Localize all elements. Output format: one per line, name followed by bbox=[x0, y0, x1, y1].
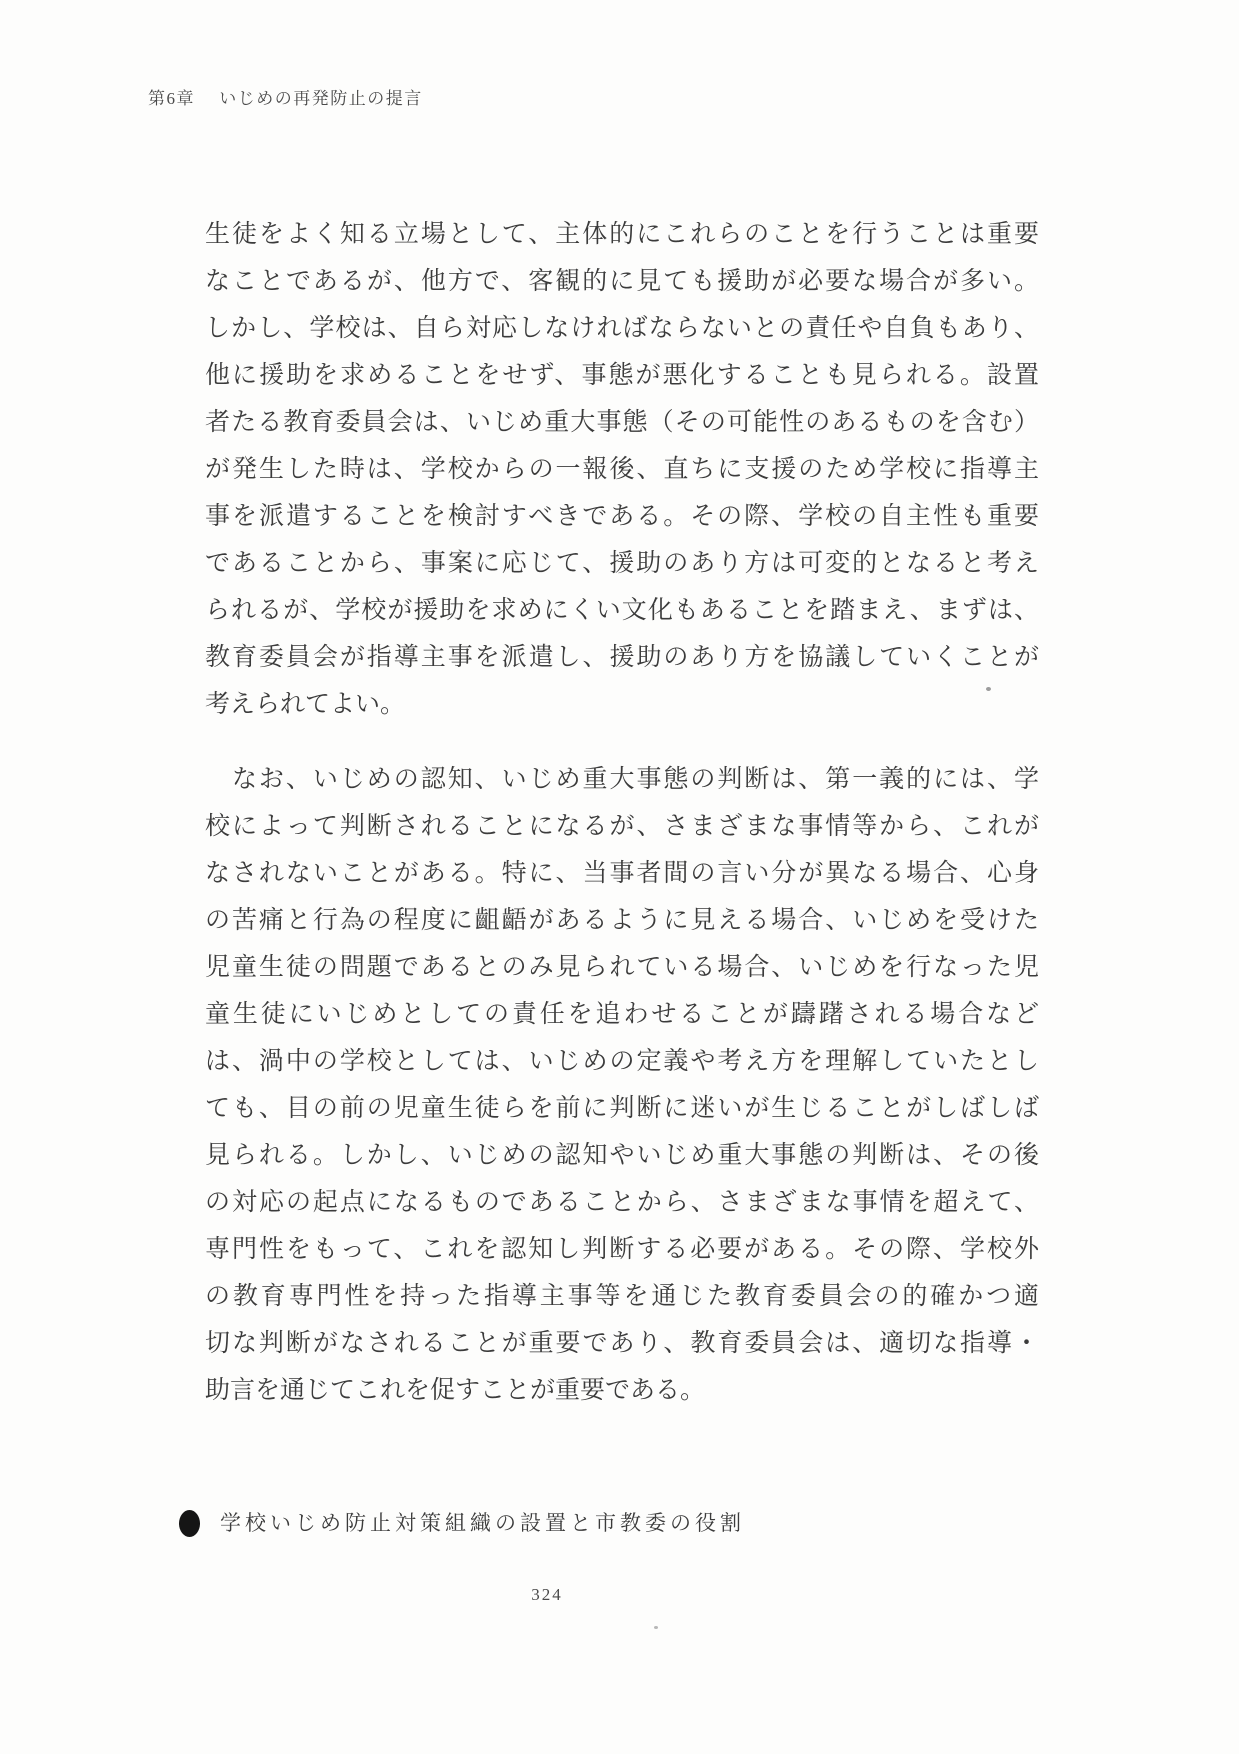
text-line: られるが、学校が援助を求めにくい文化もあることを踏まえ、まずは、 bbox=[205, 587, 1039, 634]
text-line: 見られる。しかし、いじめの認知やいじめ重大事態の判断は、その後 bbox=[205, 1132, 1039, 1179]
text-line: の対応の起点になるものであることから、さまざまな事情を超えて、 bbox=[205, 1179, 1039, 1226]
scan-artifact-dot bbox=[986, 687, 991, 691]
text-line: が発生した時は、学校からの一報後、直ちに支援のため学校に指導主 bbox=[205, 446, 1039, 493]
text-line: 考えられてよい。 bbox=[205, 681, 1039, 728]
text-line: の教育専門性を持った指導主事等を通じた教育委員会の的確かつ適 bbox=[205, 1273, 1039, 1320]
text-line: なお、いじめの認知、いじめ重大事態の判断は、第一義的には、学 bbox=[205, 756, 1039, 803]
text-line: 教育委員会が指導主事を派遣し、援助のあり方を協議していくことが bbox=[205, 634, 1039, 681]
body-content: 生徒をよく知る立場として、主体的にこれらのことを行うことは重要 なことであるが、… bbox=[205, 211, 1039, 1414]
text-line: は、渦中の学校としては、いじめの定義や考え方を理解していたとし bbox=[205, 1038, 1039, 1085]
text-line: 助言を通じてこれを促すことが重要である。 bbox=[205, 1367, 1039, 1414]
text-line: の苦痛と行為の程度に齟齬があるように見える場合、いじめを受けた bbox=[205, 897, 1039, 944]
chapter-header: 第6章 いじめの再発防止の提言 bbox=[148, 84, 423, 109]
scan-artifact-dot bbox=[654, 1626, 658, 1629]
text-line: 児童生徒の問題であるとのみ見られている場合、いじめを行なった児 bbox=[205, 944, 1039, 991]
text-line: 童生徒にいじめとしての責任を追わせることが躊躇される場合など bbox=[205, 991, 1039, 1038]
bullet-heading-label: 学校いじめ防止対策組織の設置と市教委の役割 bbox=[220, 1506, 745, 1540]
text-line: なされないことがある。特に、当事者間の言い分が異なる場合、心身 bbox=[205, 850, 1039, 897]
text-line: 他に援助を求めることをせず、事態が悪化することも見られる。設置 bbox=[205, 352, 1039, 399]
text-line: 事を派遣することを検討すべきである。その際、学校の自主性も重要 bbox=[205, 493, 1039, 540]
text-line: 切な判断がなされることが重要であり、教育委員会は、適切な指導・ bbox=[205, 1320, 1039, 1367]
text-line: 専門性をもって、これを認知し判断する必要がある。その際、学校外 bbox=[205, 1226, 1039, 1273]
paragraph-1: 生徒をよく知る立場として、主体的にこれらのことを行うことは重要 なことであるが、… bbox=[205, 211, 1039, 728]
page-number: 324 bbox=[502, 1585, 592, 1605]
text-line: しかし、学校は、自ら対応しなければならないとの責任や自負もあり、 bbox=[205, 305, 1039, 352]
text-line: 校によって判断されることになるが、さまざまな事情等から、これが bbox=[205, 803, 1039, 850]
bullet-icon bbox=[179, 1510, 200, 1537]
bullet-heading: 学校いじめ防止対策組織の設置と市教委の役割 bbox=[179, 1506, 745, 1540]
text-line: なことであるが、他方で、客観的に見ても援助が必要な場合が多い。 bbox=[205, 258, 1039, 305]
text-line: ても、目の前の児童生徒らを前に判断に迷いが生じることがしばしば bbox=[205, 1085, 1039, 1132]
paragraph-2: なお、いじめの認知、いじめ重大事態の判断は、第一義的には、学 校によって判断され… bbox=[205, 756, 1039, 1414]
text-line: 生徒をよく知る立場として、主体的にこれらのことを行うことは重要 bbox=[205, 211, 1039, 258]
text-line: であることから、事案に応じて、援助のあり方は可変的となると考え bbox=[205, 540, 1039, 587]
document-page: 第6章 いじめの再発防止の提言 生徒をよく知る立場として、主体的にこれらのことを… bbox=[0, 0, 1239, 1754]
text-line: 者たる教育委員会は、いじめ重大事態（その可能性のあるものを含む） bbox=[205, 399, 1039, 446]
